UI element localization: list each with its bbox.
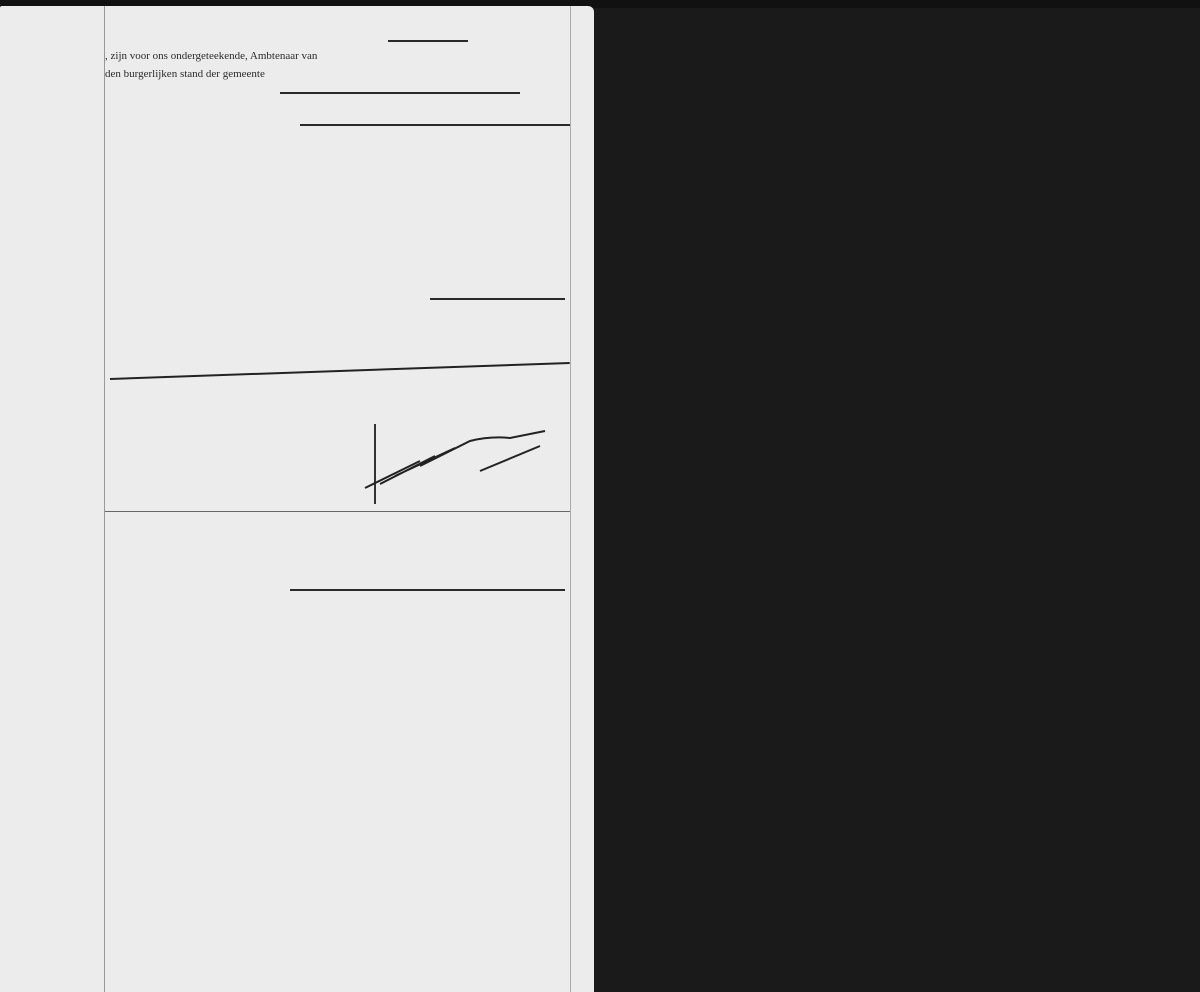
official-signature-icon [360,426,550,496]
margin-rule [104,6,105,992]
right-margin-rule [570,6,571,992]
left-page: , zijn voor ons ondergeteekende, Ambtena… [0,6,594,992]
